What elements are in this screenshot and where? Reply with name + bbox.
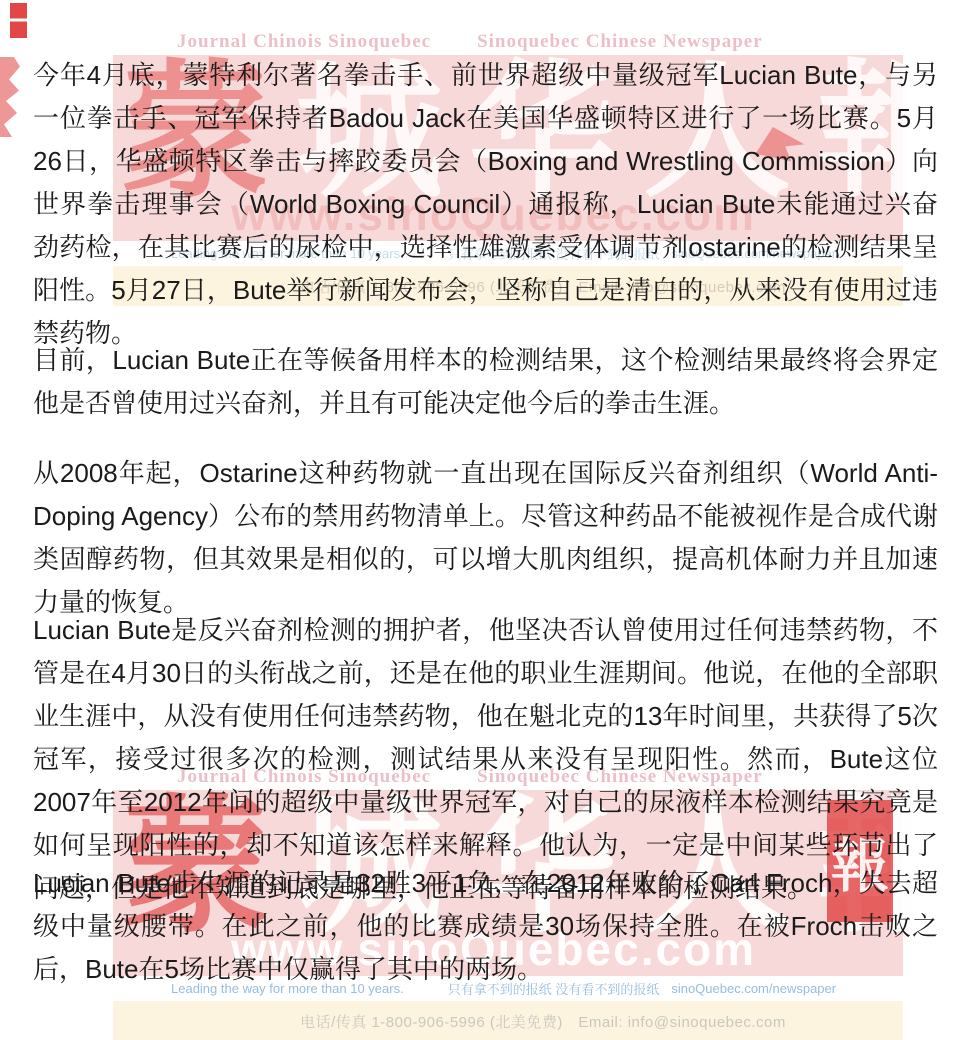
journal-title-french: Journal Chinois Sinoquebec xyxy=(177,31,431,53)
journal-title-strip: Journal Chinois Sinoquebec Sinoquebec Ch… xyxy=(113,28,903,55)
article-paragraph: 今年4月底，蒙特利尔著名拳击手、前世界超级中量级冠军Lucian Bute，与另… xyxy=(33,54,938,355)
red-seal-fragment xyxy=(10,3,27,38)
red-stroke-fragment xyxy=(0,57,20,137)
article-paragraph: 从2008年起，Ostarine这种药物就一直出现在国际反兴奋剂组织（World… xyxy=(33,452,938,624)
article-paragraph: 目前，Lucian Bute正在等候备用样本的检测结果，这个检测结果最终将会界定… xyxy=(33,339,938,425)
journal-title-english: Sinoquebec Chinese Newspaper xyxy=(477,31,763,53)
article-paragraph: Lucian Bute击生涯的记录是32胜3平1负，在2012年败给了Carl … xyxy=(33,862,938,991)
contact-strip: 电话/传真 1-800-906-5996 (北美免费) Email: info@… xyxy=(113,1001,903,1040)
